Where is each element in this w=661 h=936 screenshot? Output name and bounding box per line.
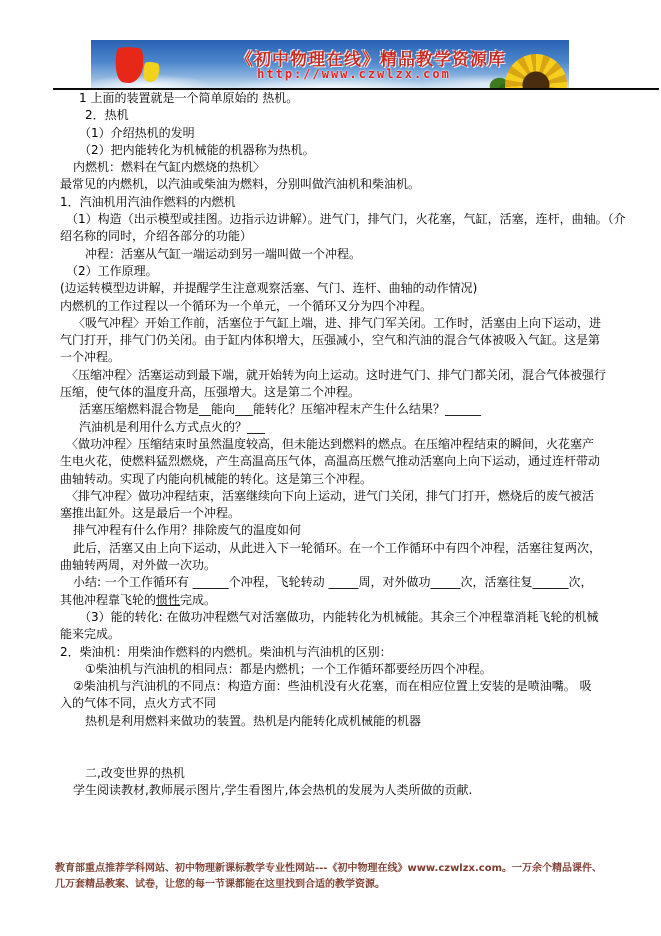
doc-blank-line: [60, 747, 620, 764]
doc-line: 学生阅读教材,教师展示图片,学生看图片,体会热机的发展为人类所做的贡献.: [60, 782, 620, 799]
doc-line: 内燃机：燃料在气缸内燃烧的热机〉: [60, 159, 620, 176]
banner-url: http://www.czwlzx.com: [199, 67, 509, 81]
doc-line: （2）工作原理。: [60, 263, 620, 280]
doc-line: 其他冲程靠飞轮的惯性完成。: [60, 592, 620, 609]
doc-line: 生电火花，使燃料猛烈燃烧，产生高温高压气体，高温高压燃气推动活塞向上向下运动，通…: [60, 453, 620, 470]
doc-line: （1）构造（出示模型或挂图。边指示边讲解）。进气门，排气门，火花塞，气缸，活塞，…: [60, 211, 620, 228]
doc-line: 冲程：活塞从气缸一端运动到另一端叫做一个冲程。: [60, 246, 620, 263]
doc-line: 〈排气冲程〉做功冲程结束，活塞继续向下向上运动，进气门关闭，排气门打开，燃烧后的…: [60, 488, 620, 505]
doc-line: 排气冲程有什么作用？排除废气的温度如何: [60, 522, 620, 539]
doc-line: 入的气体不同，点火方式不同: [60, 695, 620, 712]
doc-line: 压缩，使气体的温度升高，压强增大。这是第二个冲程。: [60, 384, 620, 401]
doc-line: 能来完成。: [60, 626, 620, 643]
doc-line: 汽油机是利用什么方式点火的？___: [60, 419, 620, 436]
doc-line: 小结: 一个工作循环有 ______个冲程，飞轮转动 _____周，对外做功__…: [60, 574, 620, 591]
doc-line: 一个冲程。: [60, 349, 620, 366]
doc-line: 2．柴油机：用柴油作燃料的内燃机。柴油机与汽油机的区别：: [60, 644, 620, 661]
doc-line-underlined-term: 惯性: [156, 593, 180, 607]
doc-line: 〈做功冲程〉压缩结束时虽然温度较高，但未能达到燃料的燃点。在压缩冲程结束的瞬间，…: [60, 436, 620, 453]
doc-line: 1 上面的装置就是一个简单原始的 热机。: [60, 90, 620, 107]
doc-line: (边运转模型边讲解，并提醒学生注意观察活塞、气门、连杆、曲轴的动作情况): [60, 280, 620, 297]
doc-line: 曲轴转动。实现了内能向机械能的转化。这是第三个冲程。: [60, 471, 620, 488]
doc-line: 二,改变世界的热机: [60, 765, 620, 782]
doc-line: 活塞压缩燃料混合物是__能向___能转化？压缩冲程末产生什么结果？______: [60, 401, 620, 418]
doc-line: 最常见的内燃机，以汽油或柴油为燃料，分别叫做汽油机和柴油机。: [60, 176, 620, 193]
doc-line: ①柴油机与汽油机的相同点：都是内燃机；一个工作循环都要经历四个冲程。: [60, 661, 620, 678]
doc-line: 气门打开，排气门仍关闭。由于缸内体积增大，压强减小，空气和汽油的混合气体被吸入气…: [60, 332, 620, 349]
doc-line: （1）介绍热机的发明: [60, 125, 620, 142]
flame-logo-accent-icon: [141, 60, 161, 83]
footer-line: 几万套精品教案、试卷，让您的每一节课都能在这里找到合适的教学资源。: [55, 877, 615, 893]
doc-line-segment: 其他冲程靠飞轮的: [60, 593, 156, 607]
page-footer: 教育部重点推荐学科网站、初中物理新课标教学专业性网站---《初中物理在线》www…: [55, 861, 615, 893]
header-banner: 《初中物理在线》精品教学资源库 http://www.czwlzx.com: [91, 40, 569, 88]
doc-line: 1．汽油机用汽油作燃料的内燃机: [60, 194, 620, 211]
doc-line: （2）把内能转化为机械能的机器称为热机。: [60, 142, 620, 159]
doc-line: ②柴油机与汽油机的不同点：构造方面：些油机没有火花塞，而在相应位置上安装的是喷油…: [60, 678, 620, 695]
doc-line: 〈吸气冲程〉开始工作前，活塞位于气缸上端，进、排气门军关闭。工作时，活塞由上向下…: [60, 315, 620, 332]
doc-line: 塞推出缸外。这是最后一个冲程。: [60, 505, 620, 522]
doc-line: 曲轴转两周，对外做一次功。: [60, 557, 620, 574]
doc-line: 内燃机的工作过程以一个循环为一个单元，一个循环又分为四个冲程。: [60, 298, 620, 315]
doc-line: 绍名称的同时，介绍各部分的功能）: [60, 228, 620, 245]
doc-line: （3）能的转化: 在做功冲程燃气对活塞做功，内能转化为机械能。其余三个冲程靠消耗…: [60, 609, 620, 626]
doc-line: 〈压缩冲程〉活塞运动到最下端，就开始转为向上运动。这时进气门、排气门都关闭，混合…: [60, 367, 620, 384]
flame-logo-icon: [113, 45, 146, 85]
doc-line: 此后，活塞又由上向下运动，从此进入下一轮循环。在一个工作循环中有四个冲程，活塞往…: [60, 540, 620, 557]
document-page: { "banner": { "title": "《初中物理在线》精品教学资源库"…: [0, 0, 661, 936]
doc-line-segment: 完成。: [180, 593, 216, 607]
document-body: 1 上面的装置就是一个简单原始的 热机。 2．热机 （1）介绍热机的发明 （2）…: [60, 90, 620, 799]
footer-line: 教育部重点推荐学科网站、初中物理新课标教学专业性网站---《初中物理在线》www…: [55, 861, 615, 877]
doc-line: 2．热机: [60, 107, 620, 124]
doc-line: 热机是利用燃料来做功的装置。热机是内能转化成机械能的机器: [60, 713, 620, 730]
doc-blank-line: [60, 730, 620, 747]
